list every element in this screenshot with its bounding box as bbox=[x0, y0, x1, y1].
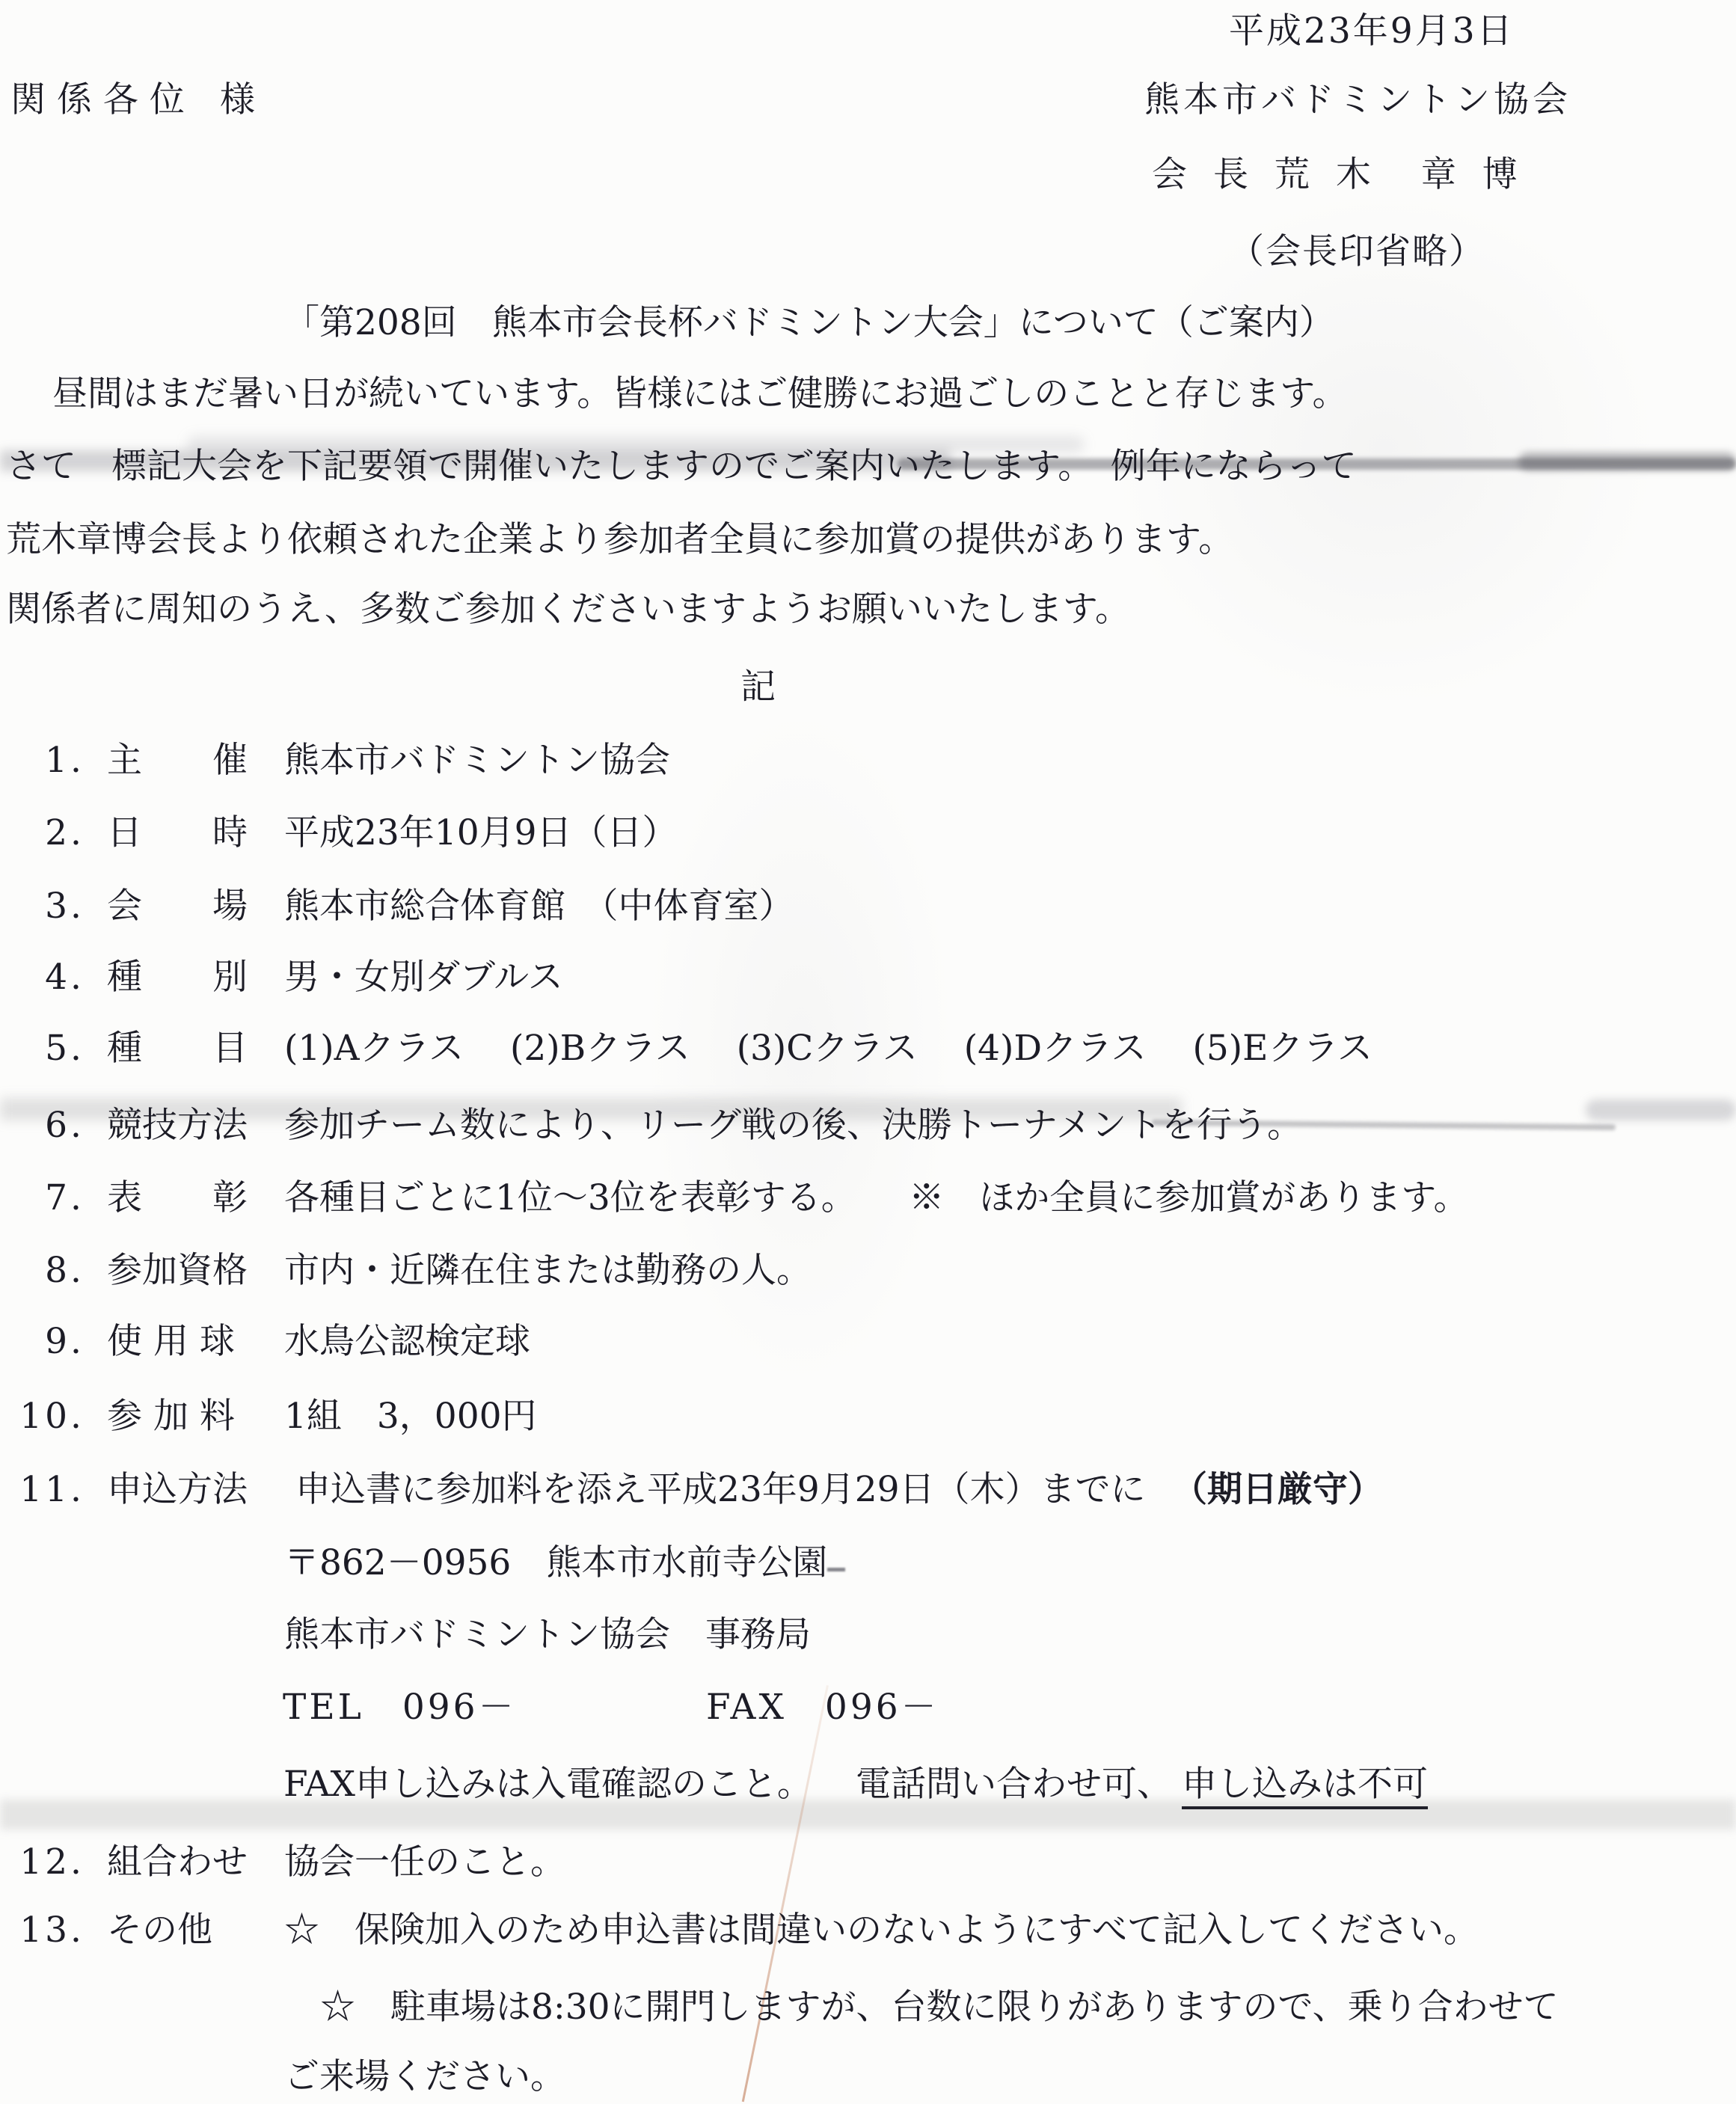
item-number: 8. bbox=[0, 1251, 85, 1291]
letter-date: 平成23年9月3日 bbox=[1229, 11, 1515, 52]
list-item: 7. 表 彰 各種目ごとに1位～3位を表彰する。 ※ ほか全員に参加賞があります… bbox=[0, 1178, 1736, 1221]
paper-fold-line bbox=[742, 1685, 829, 2102]
fax-number: FAX 096－ bbox=[706, 1687, 939, 1728]
parking-note: ☆ 駐車場は8:30に開門しますが、台数に限りがありますので、乗り合わせて bbox=[320, 1987, 1559, 2028]
list-item: 13. その他 ☆ 保険加入のため申込書は間違いのないようにすべて記入してくださ… bbox=[0, 1910, 1736, 1954]
document-title: 「第208回 熊本市会長杯バドミントン大会」について（ご案内） bbox=[284, 303, 1334, 343]
list-item: 8. 参加資格 市内・近隣在住または勤務の人。 bbox=[0, 1251, 1736, 1294]
item-number: 10. bbox=[0, 1396, 85, 1437]
list-item: 10. 参 加 料 1組 3，000円 bbox=[0, 1396, 1736, 1440]
list-item: 3. 会 場 熊本市総合体育館 （中体育室） bbox=[0, 886, 1736, 930]
item-number: 13. bbox=[0, 1910, 85, 1951]
item-label: 種 別 bbox=[107, 957, 248, 998]
item-value: 熊本市バドミントン協会 bbox=[284, 740, 670, 781]
item-number: 5. bbox=[0, 1028, 85, 1069]
postal-address-line: 〒862－0956 熊本市水前寺公園 bbox=[0, 1543, 1736, 1586]
list-item: 2. 日 時 平成23年10月9日（日） bbox=[0, 813, 1736, 856]
item-label: 申込方法 bbox=[107, 1470, 248, 1510]
item-value: 各種目ごとに1位～3位を表彰する。 ※ ほか全員に参加賞があります。 bbox=[284, 1178, 1469, 1218]
paper-crease-blob-1 bbox=[1518, 453, 1736, 470]
item-label: その他 bbox=[107, 1910, 212, 1951]
item-number: 1. bbox=[0, 740, 85, 781]
item-value: 参加チーム数により、リーグ戦の後、決勝トーナメントを行う。 bbox=[284, 1105, 1302, 1146]
body-paragraph: 関係者に周知のうえ、多数ご参加くださいますようお願いいたします。 bbox=[6, 589, 1130, 630]
item-value: 市内・近隣在住または勤務の人。 bbox=[284, 1251, 812, 1291]
item-number: 4. bbox=[0, 957, 85, 998]
list-item: 12. 組合わせ 協会一任のこと。 bbox=[0, 1842, 1736, 1886]
deadline-strict-note: （期日厳守） bbox=[1172, 1470, 1383, 1510]
item-number: 11. bbox=[0, 1470, 85, 1510]
body-paragraph: 昼間はまだ暑い日が続いています。皆様にはご健勝にお過ごしのことと存じます。 bbox=[52, 374, 1347, 414]
other-note-line: ご来場ください。 bbox=[0, 2057, 1736, 2100]
phone-inquiry-note: 電話問い合わせ可、 bbox=[856, 1764, 1172, 1805]
item-value: 平成23年10月9日（日） bbox=[284, 813, 678, 853]
list-item: 5. 種 目 (1)Aクラス (2)Bクラス (3)Cクラス (4)Dクラス (… bbox=[0, 1028, 1736, 1072]
item-value: 男・女別ダブルス bbox=[284, 957, 563, 998]
fax-confirmation-note: FAX申し込みは入電確認のこと。 bbox=[283, 1764, 812, 1805]
item-number: 3. bbox=[0, 886, 85, 927]
sender-organization: 熊本市バドミントン協会 bbox=[1144, 80, 1571, 120]
item-value: ☆ 保険加入のため申込書は間違いのないようにすべて記入してください。 bbox=[284, 1910, 1479, 1951]
list-item: 6. 競技方法 参加チーム数により、リーグ戦の後、決勝トーナメントを行う。 bbox=[0, 1105, 1736, 1149]
item-number: 6. bbox=[0, 1105, 85, 1146]
scanned-letter-page: 平成23年9月3日 関 係 各 位 様 熊本市バドミントン協会 会 長 荒 木 … bbox=[0, 0, 1736, 2104]
item-label: 参加資格 bbox=[107, 1251, 248, 1291]
item-value: (1)Aクラス (2)Bクラス (3)Cクラス (4)Dクラス (5)Eクラス bbox=[284, 1028, 1372, 1069]
item-label: 使 用 球 bbox=[107, 1322, 235, 1362]
list-item: 4. 種 別 男・女別ダブルス bbox=[0, 957, 1736, 1001]
body-paragraph: さて 標記大会を下記要領で開催いたしますのでご案内いたします。 例年にならって bbox=[6, 447, 1357, 487]
item-number: 7. bbox=[0, 1178, 85, 1218]
tel-number: TEL 096－ bbox=[283, 1687, 517, 1728]
item-label: 表 彰 bbox=[107, 1178, 248, 1218]
office-name: 熊本市バドミントン協会 事務局 bbox=[284, 1615, 811, 1655]
postal-address: 〒862－0956 熊本市水前寺公園 bbox=[284, 1543, 827, 1583]
list-heading-ki: 記 bbox=[740, 667, 776, 708]
no-phone-application-note: 申し込みは不可 bbox=[1182, 1764, 1428, 1809]
body-paragraph: 荒木章博会長より依頼された企業より参加者全員に参加賞の提供があります。 bbox=[6, 520, 1233, 560]
list-item: 11. 申込方法 申込書に参加料を添え平成23年9月29日（木）までに （期日厳… bbox=[0, 1470, 1736, 1513]
item-number: 12. bbox=[0, 1842, 85, 1883]
closing-note: ご来場ください。 bbox=[284, 2057, 565, 2097]
seal-omitted-note: （会長印省略） bbox=[1229, 232, 1485, 272]
item-number: 2. bbox=[0, 813, 85, 853]
item-value: 熊本市総合体育館 （中体育室） bbox=[284, 886, 794, 927]
item-value: 申込書に参加料を添え平成23年9月29日（木）までに bbox=[295, 1470, 1146, 1510]
sender-president: 会 長 荒 木 章 博 bbox=[1152, 155, 1525, 195]
item-label: 会 場 bbox=[107, 886, 248, 927]
tel-fax-line: TEL 096－ FAX 096－ bbox=[0, 1687, 1736, 1731]
item-label: 組合わせ bbox=[107, 1842, 248, 1883]
item-value: 1組 3，000円 bbox=[284, 1396, 537, 1437]
item-value: 協会一任のこと。 bbox=[284, 1842, 565, 1883]
item-label: 参 加 料 bbox=[107, 1396, 235, 1437]
item-value: 水鳥公認検定球 bbox=[284, 1322, 530, 1362]
other-note-line: ☆ 駐車場は8:30に開門しますが、台数に限りがありますので、乗り合わせて bbox=[0, 1987, 1736, 2031]
list-item: 1. 主 催 熊本市バドミントン協会 bbox=[0, 740, 1736, 784]
list-item: 9. 使 用 球 水鳥公認検定球 bbox=[0, 1322, 1736, 1365]
fax-note-line: FAX申し込みは入電確認のこと。 電話問い合わせ可、 申し込みは不可 bbox=[0, 1764, 1736, 1808]
addressee: 関 係 各 位 様 bbox=[10, 80, 255, 120]
item-label: 種 目 bbox=[107, 1028, 248, 1069]
item-number: 9. bbox=[0, 1322, 85, 1362]
office-line: 熊本市バドミントン協会 事務局 bbox=[0, 1615, 1736, 1658]
item-label: 競技方法 bbox=[107, 1105, 248, 1146]
item-label: 主 催 bbox=[107, 740, 248, 781]
item-label: 日 時 bbox=[107, 813, 248, 853]
